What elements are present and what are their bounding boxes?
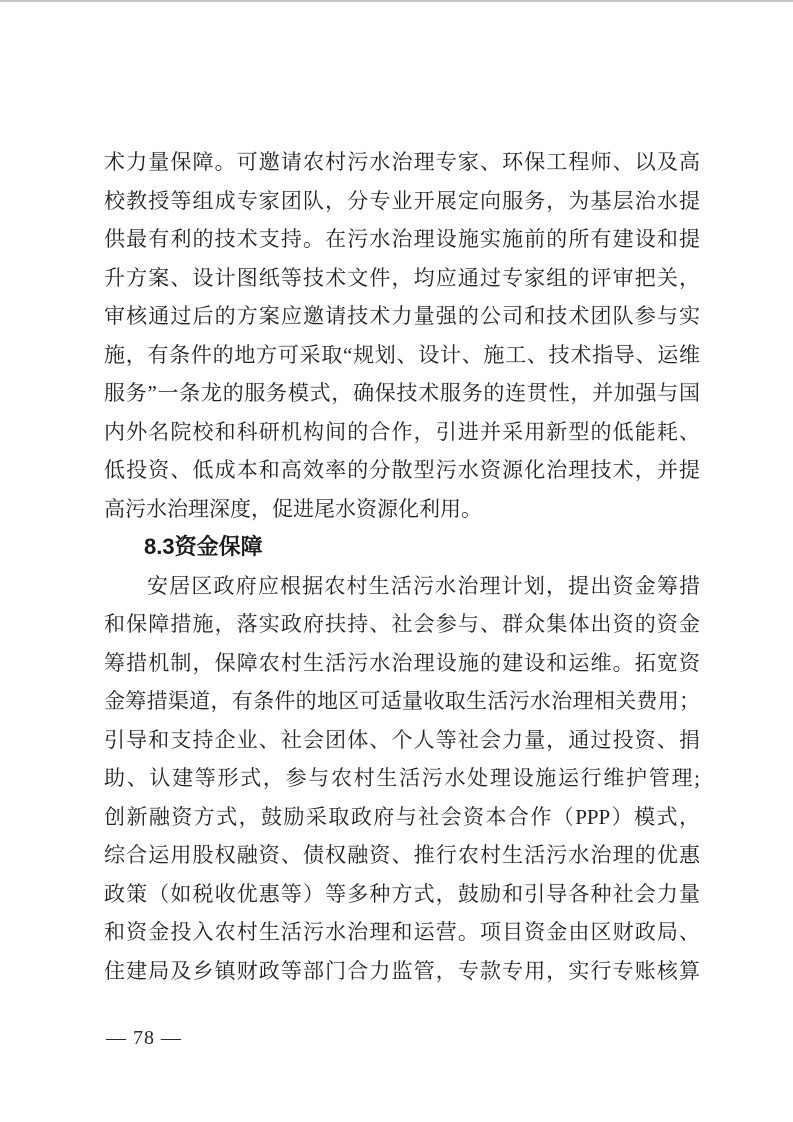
document-page: 术力量保障。可邀请农村污水治理专家、环保工程师、以及高 校教授等组成专家团队，分… [0,0,793,1122]
body-text-line: 高污水治理深度，促进尾水资源化利用。 [104,490,700,529]
text-block: 术力量保障。可邀请农村污水治理专家、环保工程师、以及高 校教授等组成专家团队，分… [104,143,700,990]
body-text-line: 服务”一条龙的服务模式，确保技术服务的连贯性，并加强与国 [104,374,700,413]
body-text-line: 创新融资方式，鼓励采取政府与社会资本合作（PPP）模式， [104,798,700,837]
body-text-line: 综合运用股权融资、债权融资、推行农村生活污水治理的优惠 [104,836,700,875]
body-text-line: 金筹措渠道，有条件的地区可适量收取生活污水治理相关费用； [104,682,700,721]
body-text-line: 和保障措施，落实政府扶持、社会参与、群众集体出资的资金 [104,605,700,644]
body-text-line: 政策（如税收优惠等）等多种方式，鼓励和引导各种社会力量 [104,875,700,914]
body-text-line: 内外名院校和科研机构间的合作，引进并采用新型的低能耗、 [104,413,700,452]
body-text-line: 升方案、设计图纸等技术文件，均应通过专家组的评审把关， [104,259,700,298]
body-text-line: 和资金投入农村生活污水治理和运营。项目资金由区财政局、 [104,913,700,952]
body-text-line: 助、认建等形式，参与农村生活污水处理设施运行维护管理; [104,759,700,798]
body-text-line: 住建局及乡镇财政等部门合力监管，专款专用，实行专账核算 [104,952,700,991]
body-text-line: 引导和支持企业、社会团体、个人等社会力量，通过投资、捐 [104,721,700,760]
page-top-edge [0,0,793,2]
body-text-line: 低投资、低成本和高效率的分散型污水资源化治理技术，并提 [104,451,700,490]
body-text-line: 校教授等组成专家团队，分专业开展定向服务，为基层治水提 [104,182,700,221]
section-heading: 8.3资金保障 [104,528,700,567]
body-text-line: 审核通过后的方案应邀请技术力量强的公司和技术团队参与实 [104,297,700,336]
body-text-line: 安居区政府应根据农村生活污水治理计划，提出资金筹措 [104,567,700,606]
body-text-line: 术力量保障。可邀请农村污水治理专家、环保工程师、以及高 [104,143,700,182]
body-text-line: 供最有利的技术支持。在污水治理设施实施前的所有建设和提 [104,220,700,259]
body-text-line: 筹措机制，保障农村生活污水治理设施的建设和运维。拓宽资 [104,644,700,683]
body-text-line: 施，有条件的地方可采取“规划、设计、施工、技术指导、运维 [104,336,700,375]
page-number: — 78 — [106,1023,182,1053]
